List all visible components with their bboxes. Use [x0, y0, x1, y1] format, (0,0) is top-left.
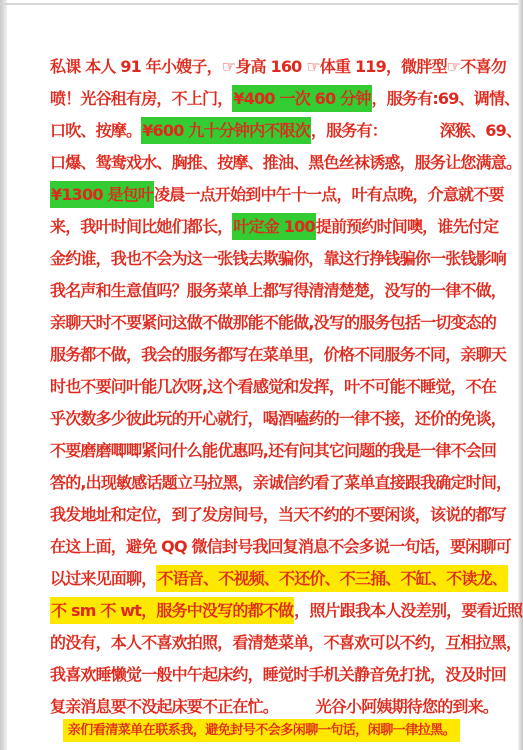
text-segment: 在这上面，避免 QQ 微信封号我回复消息不会多说一句话，要闲聊可	[50, 537, 511, 556]
text-line: 喷！光谷租有房，不上门，¥400 一次 60 分钟，服务有:69、调情、	[50, 83, 516, 115]
footer-highlighted-text: 亲们看清菜单在联系我，避免封号不会多闲聊一句话，闲聊一律拉黑。	[63, 719, 461, 742]
document-lines: 私课 本人 91 年小嫂子，☞身高 160 ☞体重 119，微胖型☞不喜勿喷！光…	[50, 51, 516, 723]
document-body: 私课 本人 91 年小嫂子，☞身高 160 ☞体重 119，微胖型☞不喜勿喷！光…	[50, 51, 516, 723]
text-segment: 提前预约时间噢，谁先付定	[316, 217, 498, 236]
text-line: ¥1300 是包叶凌晨一点开始到中午十一点，叶有点晚，介意就不要	[50, 179, 516, 211]
text-line: 时也不要问叶能几次呀,这个看感觉和发挥，叶不可能不睡觉，不在	[50, 371, 516, 403]
text-line: 亲聊天时不要紧问这做不做那能不能做,没写的服务包括一切变态的	[50, 307, 516, 339]
highlighted-text-segment: 叶定金 100	[232, 213, 315, 240]
text-segment: 亲聊天时不要紧问这做不做那能不能做,没写的服务包括一切变态的	[50, 313, 496, 332]
highlighted-text-segment: 不语音、不视频、不还价、不三捅、不缸、不读龙、	[156, 565, 508, 592]
highlighted-text-segment: ¥600 九十分钟内不限次	[141, 117, 311, 144]
text-line: 来，我叶时间比她们都长，叶定金 100提前预约时间噢，谁先付定	[50, 211, 516, 243]
text-line: 口爆、鸳鸯戏水、胸推、按摩、推油、黑色丝袜诱惑，服务让您满意。	[50, 147, 516, 179]
highlighted-text-segment: 不 sm 不 wt，服务中没写的都不做	[50, 597, 294, 624]
text-segment: ，照片跟我本人没差别，要看近照	[294, 601, 522, 620]
footer-note: 亲们看清菜单在联系我，避免封号不会多闲聊一句话，闲聊一律拉黑。	[0, 719, 523, 743]
highlighted-text-segment: ¥1300 是包叶	[50, 181, 154, 208]
text-segment: 口吹、按摩。	[50, 121, 141, 140]
text-segment: 私课 本人 91 年小嫂子，☞身高 160 ☞体重 119，微胖型☞不喜勿	[50, 57, 506, 76]
text-segment: 复亲消息要不没起床要不正在忙。 光谷小阿姨期待您的到来。	[50, 697, 498, 716]
text-segment: 我名声和生意值吗？服务菜单上都写得清清楚楚，没写的一律不做，	[50, 281, 506, 300]
text-segment: 答的,出现敏感话题立马拉黑，亲诚信约看了菜单直接跟我确定时间，	[50, 473, 511, 492]
highlighted-text-segment: ¥400 一次 60 分钟	[232, 85, 371, 112]
text-segment: 凌晨一点开始到中午十一点，叶有点晚，介意就不要	[154, 185, 504, 204]
text-line: 以过来见面聊，不语音、不视频、不还价、不三捅、不缸、不读龙、	[50, 563, 516, 595]
text-segment: 金约谁，我也不会为这一张钱去欺骗你，靠这行挣钱骗你一张钱影响	[50, 249, 506, 268]
text-segment: ，服务有： 深猴、69、	[311, 121, 521, 140]
text-segment: 不要磨磨唧唧紧问什么能优惠吗,还有问其它问题的我是一律不会回	[50, 441, 496, 460]
text-segment: 时也不要问叶能几次呀,这个看感觉和发挥，叶不可能不睡觉，不在	[50, 377, 496, 396]
page-left-border	[0, 0, 7, 750]
text-line: 不 sm 不 wt，服务中没写的都不做，照片跟我本人没差别，要看近照	[50, 595, 516, 627]
text-line: 我名声和生意值吗？服务菜单上都写得清清楚楚，没写的一律不做，	[50, 275, 516, 307]
text-line: 答的,出现敏感话题立马拉黑，亲诚信约看了菜单直接跟我确定时间，	[50, 467, 516, 499]
text-line: 的没有，本人不喜欢拍照，看清楚菜单，不喜欢可以不约，互相拉黑，	[50, 627, 516, 659]
page-top-border	[0, 3, 523, 5]
text-line: 私课 本人 91 年小嫂子，☞身高 160 ☞体重 119，微胖型☞不喜勿	[50, 51, 516, 83]
text-segment: 喷！光谷租有房，不上门，	[50, 89, 232, 108]
text-segment: 来，我叶时间比她们都长，	[50, 217, 232, 236]
text-line: 不要磨磨唧唧紧问什么能优惠吗,还有问其它问题的我是一律不会回	[50, 435, 516, 467]
text-segment: 口爆、鸳鸯戏水、胸推、按摩、推油、黑色丝袜诱惑，服务让您满意。	[50, 153, 521, 172]
text-segment: 乎次数多少彼此玩的开心就行，喝酒嗑药的一律不接，还价的免谈，	[50, 409, 506, 428]
text-segment: 服务都不做，我会的服务都写在菜单里，价格不同服务不同，亲聊天	[50, 345, 506, 364]
text-line: 我发地址和定位，到了发房间号，当天不约的不要闲谈，该说的都写	[50, 499, 516, 531]
text-line: 乎次数多少彼此玩的开心就行，喝酒嗑药的一律不接，还价的免谈，	[50, 403, 516, 435]
text-line: 我喜欢睡懒觉一般中午起床约，睡觉时手机关静音免打扰，没及时回	[50, 659, 516, 691]
text-segment: 我喜欢睡懒觉一般中午起床约，睡觉时手机关静音免打扰，没及时回	[50, 665, 506, 684]
text-segment: 我发地址和定位，到了发房间号，当天不约的不要闲谈，该说的都写	[50, 505, 506, 524]
text-segment: 以过来见面聊，	[50, 569, 156, 588]
text-line: 在这上面，避免 QQ 微信封号我回复消息不会多说一句话，要闲聊可	[50, 531, 516, 563]
text-line: 金约谁，我也不会为这一张钱去欺骗你，靠这行挣钱骗你一张钱影响	[50, 243, 516, 275]
text-line: 口吹、按摩。¥600 九十分钟内不限次，服务有： 深猴、69、	[50, 115, 516, 147]
text-line: 服务都不做，我会的服务都写在菜单里，价格不同服务不同，亲聊天	[50, 339, 516, 371]
text-segment: 的没有，本人不喜欢拍照，看清楚菜单，不喜欢可以不约，互相拉黑，	[50, 633, 521, 652]
text-segment: ，服务有:69、调情、	[372, 89, 520, 108]
